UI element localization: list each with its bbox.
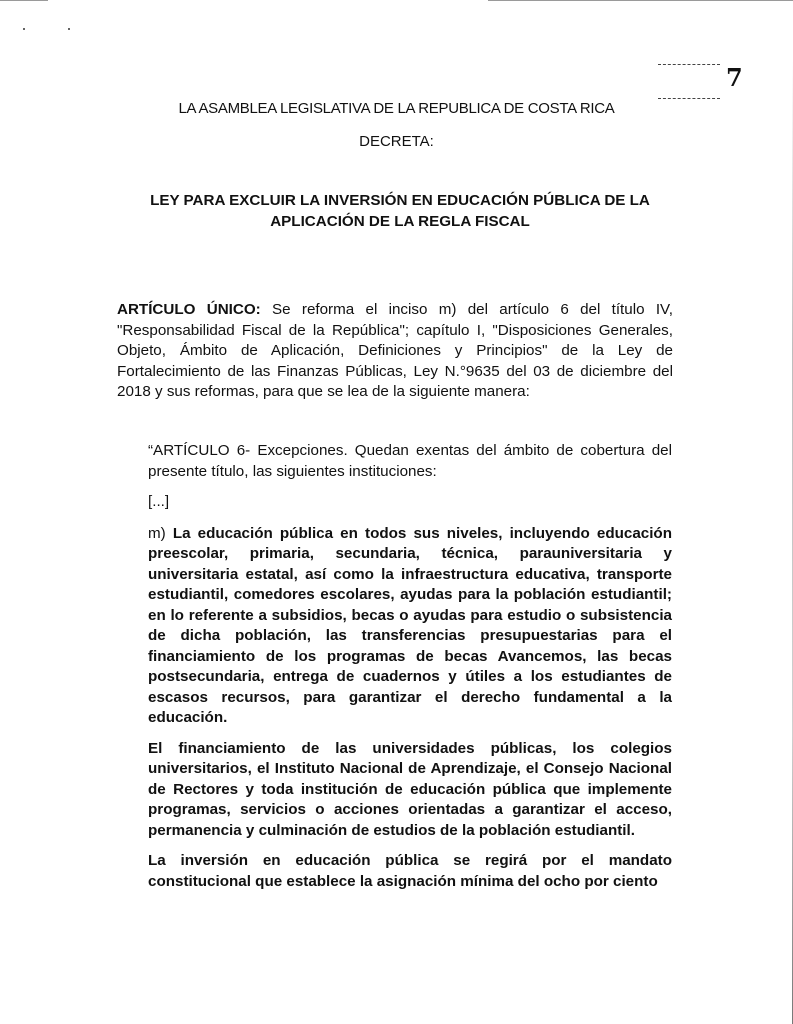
- quoted-article-6: “ARTÍCULO 6- Excepciones. Quedan exentas…: [148, 441, 672, 902]
- page-number-stamp: 7: [656, 60, 731, 102]
- scan-edge-top-left: [0, 0, 48, 1]
- law-title: LEY PARA EXCLUIR LA INVERSIÓN EN EDUCACI…: [140, 190, 660, 232]
- inciso-m-prefix: m): [148, 525, 173, 542]
- inciso-m: m) La educación pública en todos sus niv…: [148, 524, 672, 729]
- page-number: 7: [726, 66, 743, 90]
- decree-heading: DECRETA:: [0, 133, 793, 150]
- law-title-line-1: LEY PARA EXCLUIR LA INVERSIÓN EN EDUCACI…: [140, 190, 660, 211]
- omission-ellipsis: [...]: [148, 492, 672, 513]
- stamp-dashes-bottom: [658, 98, 720, 99]
- scan-speck: [68, 28, 70, 30]
- stamp-dashes-top: [658, 64, 720, 65]
- article-unico-label: ARTÍCULO ÚNICO:: [117, 301, 261, 318]
- article-unico: ARTÍCULO ÚNICO: Se reforma el inciso m) …: [117, 300, 673, 403]
- scan-speck: [23, 28, 25, 30]
- law-title-line-2: APLICACIÓN DE LA REGLA FISCAL: [140, 211, 660, 232]
- scan-edge-top-right: [488, 0, 793, 1]
- article-6-intro: “ARTÍCULO 6- Excepciones. Quedan exentas…: [148, 441, 672, 482]
- financing-paragraph: El financiamiento de las universidades p…: [148, 739, 672, 842]
- assembly-heading: LA ASAMBLEA LEGISLATIVA DE LA REPUBLICA …: [0, 100, 793, 117]
- inciso-m-text: La educación pública en todos sus nivele…: [148, 525, 672, 727]
- investment-paragraph: La inversión en educación pública se reg…: [148, 851, 672, 892]
